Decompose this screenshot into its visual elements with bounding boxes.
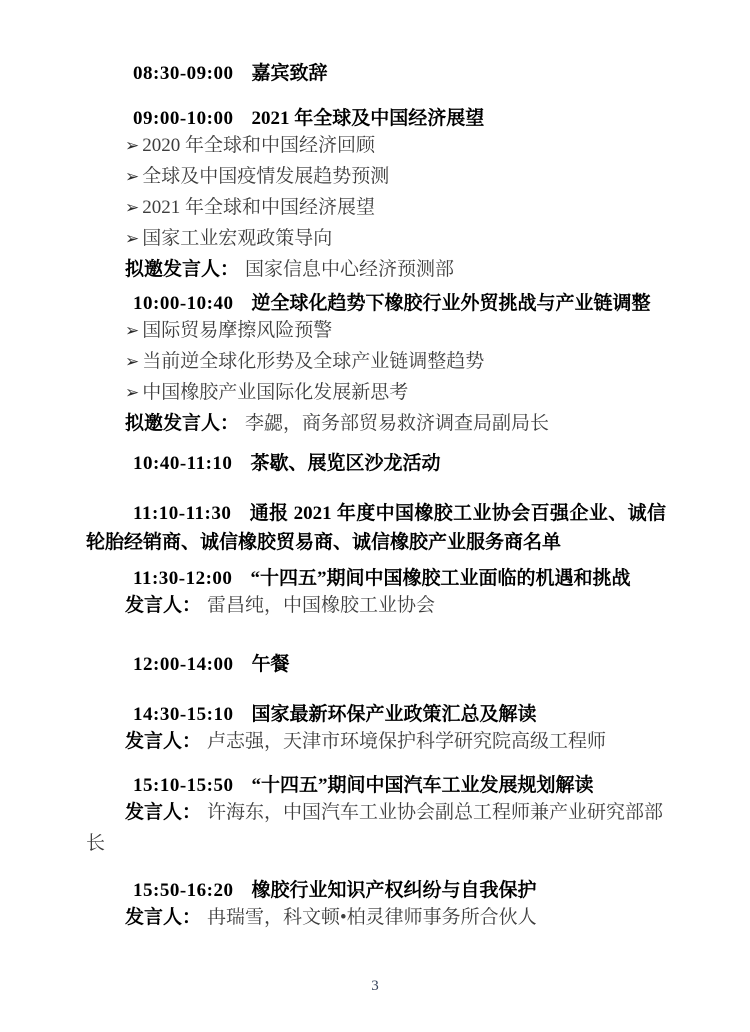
agenda-slot-line: 10:40-11:10茶歇、展览区沙龙活动 xyxy=(86,453,666,475)
slot-title: 国家最新环保产业政策汇总及解读 xyxy=(251,704,536,725)
agenda-slot-line: 08:30-09:00嘉宾致辞 xyxy=(86,63,666,85)
agenda-slot-line: 09:00-10:002021 年全球及中国经济展望 xyxy=(86,108,666,130)
speaker-line: 发言人：冉瑞雪，科文顿•柏灵律师事务所合伙人 xyxy=(86,902,666,933)
slot-title: 逆全球化趋势下橡胶行业外贸挑战与产业链调整 xyxy=(251,293,650,314)
speaker-label: 发言人： xyxy=(125,595,201,616)
slot-time: 15:50-16:20 xyxy=(133,880,233,901)
agenda-slot-line: 14:30-15:10国家最新环保产业政策汇总及解读 xyxy=(86,704,666,726)
page-number: 3 xyxy=(0,978,750,995)
agenda-bullet: ➢2021 年全球和中国经济展望 xyxy=(86,192,666,223)
agenda-item: 15:10-15:50“十四五”期间中国汽车工业发展规划解读 发言人：许海东，中… xyxy=(86,775,666,859)
arrowhead-bullet-icon: ➢ xyxy=(125,229,139,248)
speaker-label: 拟邀发言人： xyxy=(125,259,239,280)
speaker-label: 发言人： xyxy=(125,731,201,752)
slot-time: 10:00-10:40 xyxy=(133,293,233,314)
document-page: { "page": { "number": "3", "bullet_char"… xyxy=(0,0,750,1032)
slot-title: 2021 年全球及中国经济展望 xyxy=(251,108,484,129)
bullet-text: 全球及中国疫情发展趋势预测 xyxy=(142,166,389,187)
agenda-slot-line: 15:50-16:20橡胶行业知识产权纠纷与自我保护 xyxy=(86,880,666,902)
agenda-slot-line: 15:10-15:50“十四五”期间中国汽车工业发展规划解读 xyxy=(86,775,666,797)
speaker-line: 拟邀发言人：国家信息中心经济预测部 xyxy=(86,254,666,285)
speaker-label: 发言人： xyxy=(125,802,201,823)
agenda-item: 11:10-11:30通报 2021 年度中国橡胶工业协会百强企业、诚信轮胎经销… xyxy=(86,499,666,557)
speaker-line: 发言人：许海东，中国汽车工业协会副总工程师兼产业研究部部长 xyxy=(86,797,666,859)
agenda-bullet: ➢全球及中国疫情发展趋势预测 xyxy=(86,161,666,192)
agenda-slot-line: 10:00-10:40逆全球化趋势下橡胶行业外贸挑战与产业链调整 xyxy=(86,293,666,315)
slot-title: 午餐 xyxy=(251,654,289,675)
bullet-text: 2021 年全球和中国经济展望 xyxy=(142,197,375,218)
agenda-item: 12:00-14:00午餐 xyxy=(86,654,666,676)
agenda-bullet: ➢当前逆全球化形势及全球产业链调整趋势 xyxy=(86,346,666,377)
bullet-text: 中国橡胶产业国际化发展新思考 xyxy=(142,382,408,403)
arrowhead-bullet-icon: ➢ xyxy=(125,383,139,402)
slot-time: 11:10-11:30 xyxy=(133,503,231,524)
agenda-bullet: ➢国家工业宏观政策导向 xyxy=(86,223,666,254)
agenda-bullet: ➢中国橡胶产业国际化发展新思考 xyxy=(86,377,666,408)
arrowhead-bullet-icon: ➢ xyxy=(125,352,139,371)
agenda-item: 10:40-11:10茶歇、展览区沙龙活动 xyxy=(86,453,666,475)
arrowhead-bullet-icon: ➢ xyxy=(125,321,139,340)
agenda-slot-line: 11:30-12:00“十四五”期间中国橡胶工业面临的机遇和挑战 xyxy=(86,568,666,590)
speaker-label: 拟邀发言人： xyxy=(125,413,239,434)
agenda-item: 11:30-12:00“十四五”期间中国橡胶工业面临的机遇和挑战 发言人：雷昌纯… xyxy=(86,568,666,621)
agenda-body: 08:30-09:00嘉宾致辞 09:00-10:002021 年全球及中国经济… xyxy=(86,63,666,933)
arrowhead-bullet-icon: ➢ xyxy=(125,167,139,186)
bullet-text: 当前逆全球化形势及全球产业链调整趋势 xyxy=(142,351,484,372)
slot-time: 08:30-09:00 xyxy=(133,63,233,84)
agenda-slot-line: 11:10-11:30通报 2021 年度中国橡胶工业协会百强企业、诚信轮胎经销… xyxy=(86,499,666,557)
agenda-item: 09:00-10:002021 年全球及中国经济展望 ➢2020 年全球和中国经… xyxy=(86,108,666,285)
agenda-item: 08:30-09:00嘉宾致辞 xyxy=(86,63,666,85)
slot-title: 茶歇、展览区沙龙活动 xyxy=(250,453,440,474)
slot-time: 14:30-15:10 xyxy=(133,704,233,725)
speaker-line: 发言人：卢志强，天津市环境保护科学研究院高级工程师 xyxy=(86,726,666,757)
slot-time: 10:40-11:10 xyxy=(133,453,232,474)
slot-time: 15:10-15:50 xyxy=(133,775,233,796)
speaker-name: 卢志强，天津市环境保护科学研究院高级工程师 xyxy=(207,731,606,752)
speaker-label: 发言人： xyxy=(125,907,201,928)
agenda-slot-line: 12:00-14:00午餐 xyxy=(86,654,666,676)
arrowhead-bullet-icon: ➢ xyxy=(125,198,139,217)
speaker-name: 李勰，商务部贸易救济调查局副局长 xyxy=(245,413,549,434)
agenda-item: 15:50-16:20橡胶行业知识产权纠纷与自我保护 发言人：冉瑞雪，科文顿•柏… xyxy=(86,880,666,933)
slot-time: 11:30-12:00 xyxy=(133,568,232,589)
agenda-item: 14:30-15:10国家最新环保产业政策汇总及解读 发言人：卢志强，天津市环境… xyxy=(86,704,666,757)
speaker-name: 冉瑞雪，科文顿•柏灵律师事务所合伙人 xyxy=(207,907,537,928)
slot-time: 12:00-14:00 xyxy=(133,654,233,675)
slot-title: 嘉宾致辞 xyxy=(251,63,327,84)
speaker-line: 拟邀发言人：李勰，商务部贸易救济调查局副局长 xyxy=(86,408,666,439)
bullet-text: 国家工业宏观政策导向 xyxy=(142,228,332,249)
agenda-bullet: ➢2020 年全球和中国经济回顾 xyxy=(86,130,666,161)
arrowhead-bullet-icon: ➢ xyxy=(125,136,139,155)
slot-time: 09:00-10:00 xyxy=(133,108,233,129)
slot-title: “十四五”期间中国橡胶工业面临的机遇和挑战 xyxy=(250,568,630,589)
speaker-name: 雷昌纯，中国橡胶工业协会 xyxy=(207,595,435,616)
agenda-bullet: ➢国际贸易摩擦风险预警 xyxy=(86,315,666,346)
agenda-item: 10:00-10:40逆全球化趋势下橡胶行业外贸挑战与产业链调整 ➢国际贸易摩擦… xyxy=(86,293,666,439)
bullet-text: 国际贸易摩擦风险预警 xyxy=(142,320,332,341)
speaker-name: 国家信息中心经济预测部 xyxy=(245,259,454,280)
speaker-line: 发言人：雷昌纯，中国橡胶工业协会 xyxy=(86,590,666,621)
slot-title: “十四五”期间中国汽车工业发展规划解读 xyxy=(251,775,593,796)
bullet-text: 2020 年全球和中国经济回顾 xyxy=(142,135,375,156)
slot-title: 橡胶行业知识产权纠纷与自我保护 xyxy=(251,880,536,901)
